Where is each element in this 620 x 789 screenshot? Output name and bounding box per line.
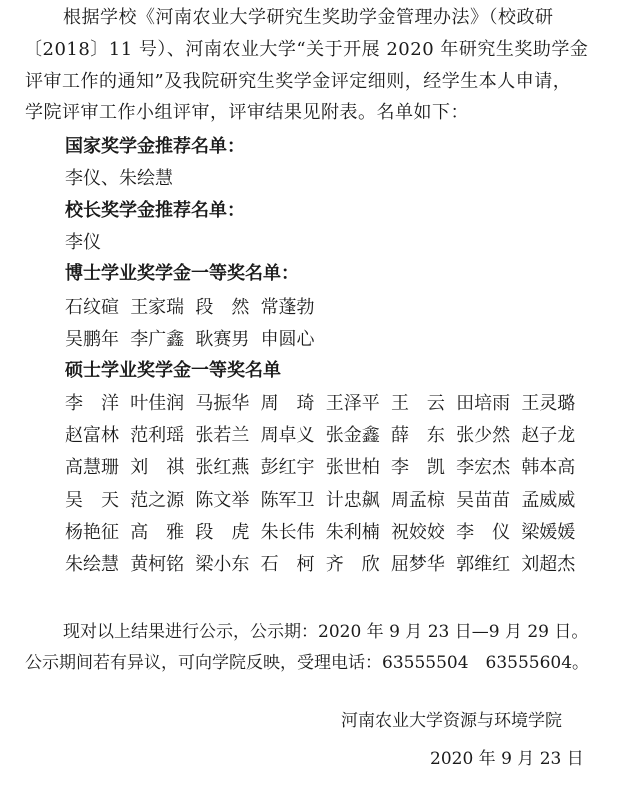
notice-contact-line: 公示期间若有异议，可向学院反映，受理电话：63555504 63555604。 [25, 648, 589, 678]
name-cell: 吴 天 [65, 486, 130, 512]
name-cell: 赵富林 [65, 421, 130, 447]
master-name-row: 杨艳征 高 雅 段 虎 朱长伟 朱利楠 祝姣姣 李 仪 梁媛媛 [65, 515, 587, 547]
signature-organization: 河南农业大学资源与环境学院 [341, 706, 562, 731]
intro-line-1: 根据学校《河南农业大学研究生奖助学金管理办法》（校政研 [63, 2, 554, 34]
name-cell: 陈文举 [195, 486, 260, 512]
intro-line-2: 〔2018〕11 号）、河南农业大学“关于开展 2020 年研究生奖助学金 [24, 34, 588, 66]
name-cell: 张红燕 [195, 453, 260, 479]
name-cell: 段 然 [195, 293, 260, 319]
name-cell: 李 洋 [65, 389, 130, 415]
name-cell: 张金鑫 [326, 421, 391, 447]
name-cell: 张少然 [456, 421, 521, 447]
name-cell: 朱长伟 [261, 518, 326, 544]
doctoral-name-grid: 石纹碹 王家瑞 段 然 常蓬勃 吴鹏年 李广鑫 耿赛男 申圆心 [65, 290, 326, 354]
master-name-grid: 李 洋 叶佳润 马振华 周 琦 王泽平 王 云 田培雨 王灵璐 赵富林 范利瑶 … [65, 386, 587, 579]
master-scholarship-heading: 硕士学业奖学金一等奖名单 [65, 355, 281, 387]
name-cell: 屈梦华 [391, 550, 456, 576]
president-scholarship-heading: 校长奖学金推荐名单： [65, 195, 245, 227]
name-cell: 吴苗苗 [456, 486, 521, 512]
notice-period-line: 现对以上结果进行公示，公示期：2020 年 9 月 23 日—9 月 29 日。 [63, 617, 588, 647]
president-scholarship-names: 李仪 [65, 227, 101, 259]
name-cell: 周孟椋 [391, 486, 456, 512]
name-cell: 田培雨 [456, 389, 521, 415]
master-name-row: 赵富林 范利瑶 张若兰 周卓义 张金鑫 薛 东 张少然 赵子龙 [65, 418, 587, 450]
name-cell: 吴鹏年 [65, 325, 130, 351]
name-cell: 梁小东 [195, 550, 260, 576]
national-scholarship-names: 李仪、朱绘慧 [65, 163, 173, 195]
name-cell: 孟威威 [521, 486, 586, 512]
name-cell: 梁媛媛 [521, 518, 586, 544]
doctoral-name-row: 石纹碹 王家瑞 段 然 常蓬勃 [65, 290, 326, 322]
name-cell: 陈军卫 [261, 486, 326, 512]
name-cell: 王 云 [391, 389, 456, 415]
doctoral-name-row: 吴鹏年 李广鑫 耿赛男 申圆心 [65, 322, 326, 354]
master-name-row: 朱绘慧 黄柯铭 梁小东 石 柯 齐 欣 屈梦华 郭维红 刘超杰 [65, 547, 587, 579]
name-cell: 张若兰 [195, 421, 260, 447]
name-cell: 王家瑞 [130, 293, 195, 319]
name-cell: 郭维红 [456, 550, 521, 576]
name-cell: 王灵璐 [521, 389, 586, 415]
name-cell: 高 雅 [130, 518, 195, 544]
name-cell: 范利瑶 [130, 421, 195, 447]
master-name-row: 李 洋 叶佳润 马振华 周 琦 王泽平 王 云 田培雨 王灵璐 [65, 386, 587, 418]
name-cell: 申圆心 [261, 325, 326, 351]
name-cell: 彭红宇 [261, 453, 326, 479]
name-cell: 李 凯 [391, 453, 456, 479]
name-cell: 杨艳征 [65, 518, 130, 544]
doctoral-scholarship-heading: 博士学业奖学金一等奖名单： [65, 258, 299, 290]
name-cell: 李广鑫 [130, 325, 195, 351]
name-cell: 王泽平 [326, 389, 391, 415]
name-cell: 李 仪 [456, 518, 521, 544]
name-cell: 薛 东 [391, 421, 456, 447]
name-cell: 段 虎 [195, 518, 260, 544]
name-cell: 齐 欣 [326, 550, 391, 576]
name-cell: 叶佳润 [130, 389, 195, 415]
national-scholarship-heading: 国家奖学金推荐名单： [65, 131, 245, 163]
name-cell: 张世柏 [326, 453, 391, 479]
signature-date: 2020 年 9 月 23 日 [430, 744, 584, 769]
name-cell: 刘 祺 [130, 453, 195, 479]
name-cell: 耿赛男 [195, 325, 260, 351]
name-cell: 李宏杰 [456, 453, 521, 479]
name-cell: 马振华 [195, 389, 260, 415]
intro-line-4: 学院评审工作小组评审，评审结果见附表。名单如下： [25, 97, 469, 129]
name-cell: 刘超杰 [521, 550, 586, 576]
name-cell: 石纹碹 [65, 293, 130, 319]
name-cell: 祝姣姣 [391, 518, 456, 544]
name-cell: 周 琦 [261, 389, 326, 415]
name-cell: 赵子龙 [521, 421, 586, 447]
master-name-row: 吴 天 范之源 陈文举 陈军卫 计忠飙 周孟椋 吴苗苗 孟威威 [65, 483, 587, 515]
name-cell: 计忠飙 [326, 486, 391, 512]
name-cell: 周卓义 [261, 421, 326, 447]
name-cell: 范之源 [130, 486, 195, 512]
name-cell: 朱利楠 [326, 518, 391, 544]
name-cell: 石 柯 [261, 550, 326, 576]
document-page: 根据学校《河南农业大学研究生奖助学金管理办法》（校政研 〔2018〕11 号）、… [0, 0, 620, 789]
master-name-row: 高慧珊 刘 祺 张红燕 彭红宇 张世柏 李 凯 李宏杰 韩本高 [65, 450, 587, 482]
name-cell: 朱绘慧 [65, 550, 130, 576]
intro-line-3: 评审工作的通知”及我院研究生奖学金评定细则，经学生本人申请， [25, 66, 571, 98]
name-cell: 黄柯铭 [130, 550, 195, 576]
name-cell: 常蓬勃 [261, 293, 326, 319]
name-cell: 韩本高 [521, 453, 586, 479]
name-cell: 高慧珊 [65, 453, 130, 479]
